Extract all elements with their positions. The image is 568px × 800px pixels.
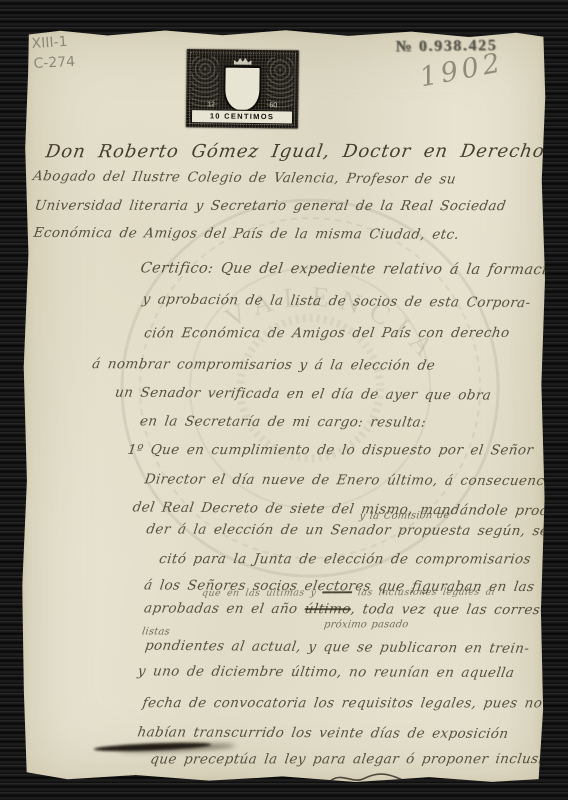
stamp-denomination: 10 CENTIMOS xyxy=(191,109,293,124)
interlinear-text: que en las últimas y xyxy=(201,587,323,599)
interlinear-note: y la Comisión de xyxy=(359,510,451,522)
interlinear-text: las inclusiones legales al xyxy=(351,587,496,599)
manuscript-line: pondientes al actual, y que se publicaro… xyxy=(144,638,531,657)
archive-mark-1: XIII-1 xyxy=(31,34,68,52)
manuscript-line: citó para la Junta de elección de compro… xyxy=(158,551,532,567)
manuscript-line: habían transcurrido los veinte días de e… xyxy=(136,724,509,742)
manuscript-line: Económica de Amigos del País de la misma… xyxy=(33,225,461,243)
manuscript-line: en la Secretaría de mi cargo: resulta: xyxy=(139,413,427,430)
manuscript-line: Universidad literaria y Secretario gener… xyxy=(34,198,508,214)
manuscript-line: y uno de diciembre último, no reunían en… xyxy=(137,663,516,681)
manuscript-line: Abogado del Ilustre Colegio de Valencia,… xyxy=(32,168,457,187)
stamp-left-figure-engraving xyxy=(191,56,219,107)
interlinear-note: que en las últimas y ——— las inclusiones… xyxy=(201,587,496,599)
manuscript-line: Certifico: Que del expediente relativo á… xyxy=(139,260,567,278)
stamp-control-number-right: 60 xyxy=(269,102,277,109)
manuscript-line: 1º Que en cumplimiento de lo dispuesto p… xyxy=(127,442,535,458)
line-text: aprobadas en el año xyxy=(143,600,306,617)
struck-word: último xyxy=(304,601,352,617)
struck-text: ——— xyxy=(321,587,352,598)
manuscript-line: der á la elección de un Senador propuest… xyxy=(145,521,549,539)
manuscript-line: un Senador verificada en el día de ayer … xyxy=(114,385,492,404)
revenue-stamp: 12 60 10 CENTIMOS xyxy=(186,49,299,128)
manuscript-line: del Real Decreto de siete del mismo, man… xyxy=(131,499,562,519)
manuscript-line: y aprobación de la lista de socios de es… xyxy=(141,291,531,311)
manuscript-line: que preceptúa la ley para alegar ó propo… xyxy=(149,751,558,767)
line-text: , toda vez que las corres- xyxy=(350,601,547,618)
interlinear-note: próximo pasado xyxy=(323,619,409,630)
interlinear-note: listas xyxy=(141,626,170,637)
manuscript-line: ción Económica de Amigos del País con de… xyxy=(143,325,511,341)
manuscript-line: á nombrar compromisarios y á la elección… xyxy=(91,356,436,373)
stamp-control-number-left: 12 xyxy=(207,101,215,108)
closing-flourish xyxy=(328,770,404,786)
manuscript-line: fecha de convocatoria los requisitos leg… xyxy=(141,695,543,711)
manuscript-line-corrected: aprobadas en el año último, toda vez que… xyxy=(143,600,546,618)
manuscript-line: Director el día nueve de Enero último, á… xyxy=(144,471,559,489)
stamp-crown-icon xyxy=(234,57,252,65)
scan-background: { "annotations": { "archive_mark_1": "XI… xyxy=(0,0,568,800)
stamp-shield xyxy=(223,66,262,112)
document-page: VALENCIA XIII-1 C-274 № 0.938.425 1902 1… xyxy=(20,27,547,785)
archive-mark-2: C-274 xyxy=(33,54,75,72)
manuscript-heading: Don Roberto Gómez Igual, Doctor en Derec… xyxy=(44,141,546,162)
stamp-right-figure-engraving xyxy=(266,57,294,108)
